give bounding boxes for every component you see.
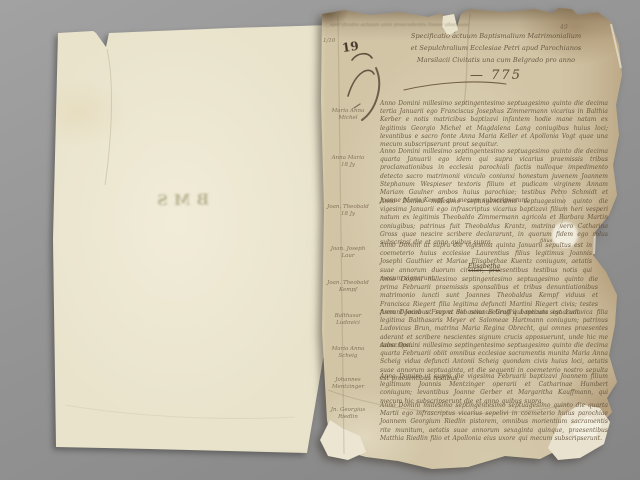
margin-note: Joan. Joseph Laur (320, 246, 376, 259)
superscript-insertion: filius (540, 238, 552, 244)
register-entry: Anno Domini ut supra die vigesima Februa… (380, 373, 608, 406)
photograph-background: BMS 1/10 19 49 specificatio actuum anni … (0, 0, 640, 480)
underlined-name: Elisabetha (468, 263, 500, 271)
manuscript-page: 1/10 19 49 specificatio actuum anni prae… (318, 8, 630, 474)
fraction-note: 1/10 (323, 38, 335, 44)
register-entry: Anno Domini millesimo septingentesimo se… (380, 148, 608, 205)
header-line-1: Specificatio actuum Baptismalium Matrimo… (382, 32, 610, 42)
torn-top-text-fragment: specificatio actuum anni praecedentis li… (330, 22, 482, 28)
margin-note: Balthasar Ludovici (320, 313, 376, 326)
margin-note: Anna Maria 18 Jy (320, 155, 376, 168)
header-line-3: Marsilacii Civitatis una cum Belgrado pr… (382, 56, 610, 66)
register-entry: Anno Domini millesimo septingentesimo se… (380, 402, 608, 443)
left-sheet-paper: BMS (45, 25, 337, 461)
margin-note: Jn. Georgius Riedlin (320, 407, 376, 420)
folio-number-ink: 19 (341, 39, 359, 55)
header-line-2: et Sepulchralium Ecclesiae Petri apud Pa… (382, 44, 610, 54)
corner-number: 49 (560, 24, 568, 31)
margin-note: Joan. Theobald Kempf (320, 280, 376, 293)
margin-note: Johannes Mentzinger (320, 377, 376, 390)
left-sheet-creases (45, 25, 337, 461)
margin-note: Joan. Theobald 18 Jy (320, 204, 376, 217)
left-blank-sheet: BMS (45, 25, 337, 461)
register-entry: Anno Domini millesimo septingentesimo se… (380, 100, 608, 149)
year-mark: — 775 (382, 68, 610, 83)
margin-note: Maria Anna Scheig (320, 346, 376, 359)
margin-note: Maria Anna Michel (320, 108, 376, 121)
bleedthrough-stamp: BMS (151, 190, 209, 209)
register-entry: Anno Domini millesimo septingentesimo se… (380, 198, 608, 247)
